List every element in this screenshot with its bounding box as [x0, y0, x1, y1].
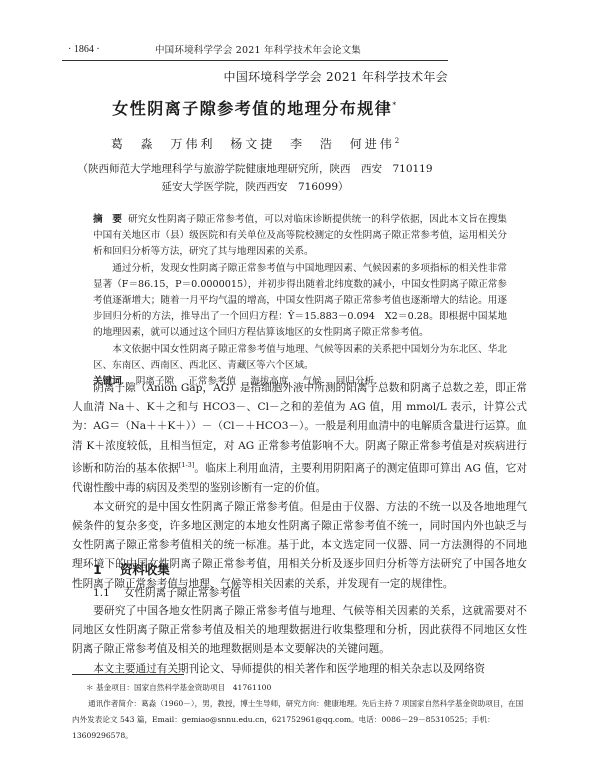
section-1-para-2: 本文主要通过有关期刊论文、导师提供的相关著作和医学地理的相关杂志以及网络资	[72, 660, 527, 679]
footnote-divider	[72, 674, 184, 675]
header-divider	[62, 60, 448, 61]
paper-title: 女性阴离子隙参考值的地理分布规律*	[62, 96, 448, 119]
abstract-para-3: 本文依据中国女性阴离子隙正常参考值与地理、气候等因素的关系把中国划分为东北区、华…	[93, 342, 507, 374]
section-heading-1: 1资料收集	[93, 560, 170, 578]
running-head: · 1864 · 中国环境科学学会 2021 年科学技术年会论文集	[68, 40, 448, 58]
paper-title-text: 女性阴离子隙参考值的地理分布规律	[112, 99, 392, 118]
author-affil-mark: 2	[395, 137, 399, 145]
affiliation-line-1: （陕西师范大学地理科学与旅游学院健康地理研究所，陕西 西安 710119	[62, 160, 448, 178]
intro-text-1: 阴离子隙（Anion Gap，AG）是指细胞外液中所测的阳离子总数和阴离子总数之…	[72, 382, 527, 474]
abstract-para-2: 通过分析，发现女性阴离子隙正常参考值与中国地理因素、气候因素的多项指标的相关性非…	[93, 261, 507, 342]
title-footnote-mark: *	[392, 101, 398, 110]
citation-ref[interactable]: [1-3]	[179, 461, 195, 469]
authors-text: 葛 淼 万伟利 杨文捷 李 浩 何进伟	[111, 137, 395, 151]
author-list: 葛 淼 万伟利 杨文捷 李 浩 何进伟2	[62, 135, 448, 152]
abstract-text-1: 研究女性阴离子隙正常参考值，可以对临床诊断提供统一的科学依据，因此本文旨在搜集中…	[93, 214, 507, 257]
intro-para-2: 本文研究的是中国女性阴离子隙正常参考值。但是由于仪器、方法的不统一以及各地地理气…	[72, 498, 527, 594]
affiliation: （陕西师范大学地理科学与旅游学院健康地理研究所，陕西 西安 710119 延安大…	[62, 160, 448, 196]
abstract-para-1: 摘 要研究女性阴离子隙正常参考值，可以对临床诊断提供统一的科学依据，因此本文旨在…	[93, 212, 507, 261]
section-number: 1	[93, 562, 102, 577]
intro-para-1: 阴离子隙（Anion Gap，AG）是指细胞外液中所测的阳离子总数和阴离子总数之…	[72, 379, 527, 498]
subsection-number: 1.1	[93, 587, 110, 599]
abstract-label: 摘 要	[93, 214, 122, 225]
footnote-fund: ＊ 基金项目：国家自然科学基金资助项目 41761100	[72, 680, 527, 696]
footnotes: ＊ 基金项目：国家自然科学基金资助项目 41761100 通讯作者简介：葛淼（1…	[72, 680, 527, 744]
section-1-para-1: 要研究了中国各地女性阴离子隙正常参考值与地理、气候等相关因素的关系，这就需要对不…	[72, 602, 527, 660]
footnote-author-bio: 通讯作者简介：葛淼（1960－），男，教授，博士生导师，研究方向：健康地理。先后…	[72, 696, 527, 744]
abstract: 摘 要研究女性阴离子隙正常参考值，可以对临床诊断提供统一的科学依据，因此本文旨在…	[93, 212, 507, 390]
page-number: · 1864 ·	[68, 44, 128, 55]
conference-name: 中国环境科学学会 2021 年科学技术年会	[224, 68, 448, 85]
section-title: 资料收集	[120, 562, 170, 577]
subsection-title: 女性阴离子隙正常参考值	[124, 587, 241, 599]
subsection-heading-1-1: 1.1女性阴离子隙正常参考值	[93, 585, 240, 600]
journal-title: 中国环境科学学会 2021 年科学技术年会论文集	[128, 42, 448, 56]
section-1-body: 要研究了中国各地女性阴离子隙正常参考值与地理、气候等相关因素的关系，这就需要对不…	[72, 602, 527, 679]
affiliation-line-2: 延安大学医学院，陕西西安 716099）	[62, 178, 448, 196]
